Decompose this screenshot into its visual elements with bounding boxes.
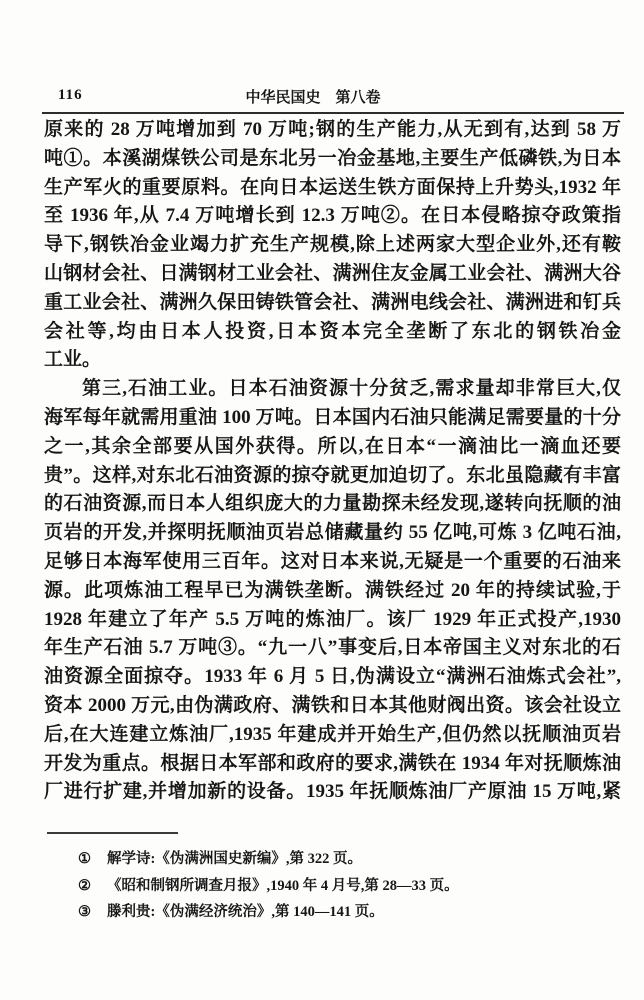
footnote-marker: ③ — [78, 899, 107, 926]
text-line: 之一,其余全部要从国外获得。所以,在日本“一滴油比一滴血还要 — [44, 433, 621, 462]
footnote-text: 滕利贵:《伪满经济统治》,第 140—141 页。 — [107, 904, 384, 920]
footnote-separator — [47, 832, 178, 834]
text-line: 油资源全面掠夺。1933 年 6 月 5 日,伪满设立“满洲石油炼式会社”, — [44, 663, 621, 692]
text-line: 海军每年就需用重油 100 万吨。日本国内石油只能满足需要量的十分 — [44, 404, 621, 433]
text-line: 1928 年建立了年产 5.5 万吨的炼油厂。该厂 1929 年正式投产,193… — [44, 606, 621, 635]
text-line: 至 1936 年,从 7.4 万吨增长到 12.3 万吨②。在日本侵略掠夺政策指 — [44, 202, 621, 231]
body-text: 原来的 28 万吨增加到 70 万吨;钢的生产能力,从无到有,达到 58 万吨①… — [44, 116, 621, 807]
text-line: 足够日本海军使用三百年。这对日本来说,无疑是一个重要的石油来 — [44, 548, 621, 577]
text-line: 后,在大连建立炼油厂,1935 年建成并开始生产,但仍然以抚顺油页岩 — [44, 721, 621, 750]
text-line: 原来的 28 万吨增加到 70 万吨;钢的生产能力,从无到有,达到 58 万 — [44, 116, 621, 145]
footnote-item: ③滕利贵:《伪满经济统治》,第 140—141 页。 — [78, 899, 614, 926]
running-title: 中华民国史 第八卷 — [44, 86, 582, 107]
text-line: 山钢材会社、日满钢材工业会社、满洲住友金属工业会社、满洲大谷 — [44, 260, 621, 289]
running-header: 116 中华民国史 第八卷 — [44, 86, 622, 108]
footnote-marker: ① — [78, 846, 107, 873]
text-line: 开发为重点。根据日本军部和政府的要求,满铁在 1934 年对抚顺炼油 — [44, 750, 621, 779]
footnote-text: 解学诗:《伪满洲国史新编》,第 322 页。 — [107, 851, 362, 867]
text-line: 源。此项炼油工程早已为满铁垄断。满铁经过 20 年的持续试验,于 — [44, 577, 621, 606]
text-line: 厂进行扩建,并增加新的设备。1935 年抚顺炼油厂产原油 15 万吨,紧 — [44, 778, 621, 807]
text-line: 资本 2000 万元,由伪满政府、满铁和日本其他财阀出资。该会社设立 — [44, 692, 621, 721]
text-line: 第三,石油工业。日本石油资源十分贫乏,需求量却非常巨大,仅 — [44, 375, 621, 404]
text-line: 导下,钢铁冶金业竭力扩充生产规模,除上述两家大型企业外,还有鞍 — [44, 231, 621, 260]
text-line: 吨①。本溪湖煤铁公司是东北另一冶金基地,主要生产低磷铁,为日本 — [44, 145, 621, 174]
footnote-marker: ② — [78, 873, 107, 900]
footnote-text: 《昭和制钢所调查月报》,1940 年 4 月号,第 28—33 页。 — [107, 878, 459, 894]
text-line: 年生产石油 5.7 万吨③。“九一八”事变后,日本帝国主义对东北的石 — [44, 634, 621, 663]
text-line: 生产军火的重要原料。在向日本运送生铁方面保持上升势头,1932 年 — [44, 174, 621, 203]
text-line: 重工业会社、满洲久保田铸铁管会社、满洲电线会社、满洲进和钉兵 — [44, 289, 621, 318]
header-rule — [42, 112, 624, 114]
text-line: 工业。 — [44, 346, 621, 375]
footnotes: ①解学诗:《伪满洲国史新编》,第 322 页。②《昭和制钢所调查月报》,1940… — [78, 846, 614, 926]
footnote-item: ②《昭和制钢所调查月报》,1940 年 4 月号,第 28—33 页。 — [78, 873, 614, 900]
text-line: 页岩的开发,并探明抚顺油页岩总储藏量约 55 亿吨,可炼 3 亿吨石油, — [44, 519, 621, 548]
book-page: 116 中华民国史 第八卷 原来的 28 万吨增加到 70 万吨;钢的生产能力,… — [0, 0, 644, 1000]
text-line: 的石油资源,而日本人组织庞大的力量勘探未经发现,遂转向抚顺的油 — [44, 490, 621, 519]
footnote-item: ①解学诗:《伪满洲国史新编》,第 322 页。 — [78, 846, 614, 873]
text-line: 贵”。这样,对东北石油资源的掠夺就更加迫切了。东北虽隐藏有丰富 — [44, 462, 621, 491]
text-line: 会社等,均由日本人投资,日本资本完全垄断了东北的钢铁冶金 — [44, 318, 621, 347]
